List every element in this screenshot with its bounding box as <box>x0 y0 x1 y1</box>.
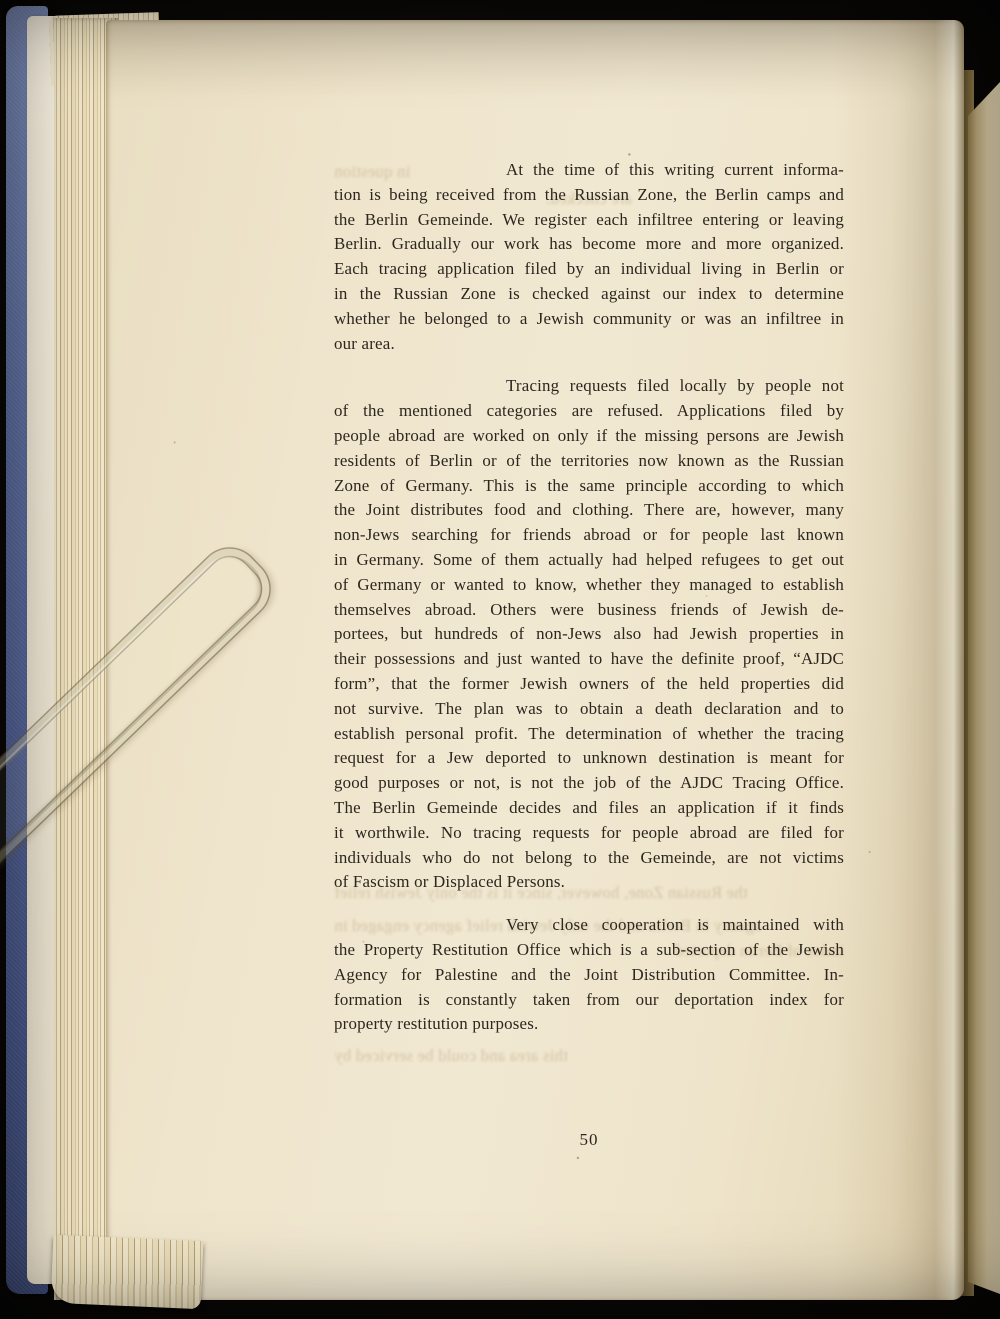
text-line: tion is being received from the Russian … <box>334 183 844 208</box>
text-line: Agency for Palestine and the Joint Distr… <box>334 963 844 988</box>
text-line: not survive. The plan was to obtain a de… <box>334 697 844 722</box>
text-line: At the time of this writing current info… <box>334 158 844 183</box>
paragraph: Tracing requests filed locally by people… <box>334 374 844 895</box>
text-line: request for a Jew deported to unknown de… <box>334 746 844 771</box>
ghost-text-line: this area and could be serviced by <box>334 1046 844 1066</box>
book-photo: in questionare checked.the Russian Zone,… <box>0 0 1000 1319</box>
facing-page-edge <box>968 82 1000 1294</box>
text-line: of the mentioned categories are refused.… <box>334 399 844 424</box>
text-line: non-Jews searching for friends abroad or… <box>334 523 844 548</box>
text-line: establish personal profit. The determina… <box>334 722 844 747</box>
text-line: Very close cooperation is maintained wit… <box>334 913 844 938</box>
text-line: formation is constantly taken from our d… <box>334 988 844 1013</box>
text-line: whether he belonged to a Jewish communit… <box>334 307 844 332</box>
text-line: Each tracing application filed by an ind… <box>334 257 844 282</box>
paragraph: Very close cooperation is maintained wit… <box>334 913 844 1037</box>
text-line: of Germany or wanted to know, whether th… <box>334 573 844 598</box>
text-line: the Property Restitution Office which is… <box>334 938 844 963</box>
text-line: The Berlin Gemeinde decides and files an… <box>334 796 844 821</box>
book-page: in questionare checked.the Russian Zone,… <box>106 20 964 1300</box>
text-line: of Fascism or Displaced Persons. <box>334 870 844 895</box>
page-shading-top <box>106 20 964 100</box>
text-line: form”, that the former Jewish owners of … <box>334 672 844 697</box>
paragraph: At the time of this writing current info… <box>334 158 844 356</box>
text-line: the Joint distributes food and clothing.… <box>334 498 844 523</box>
text-line: residents of Berlin or of the territorie… <box>334 449 844 474</box>
text-line: portees, but hundreds of non-Jews also h… <box>334 622 844 647</box>
text-line: Berlin. Gradually our work has become mo… <box>334 232 844 257</box>
text-line: people abroad are worked on only if the … <box>334 424 844 449</box>
text-line: themselves abroad. Others were business … <box>334 598 844 623</box>
text-line: the Berlin Gemeinde. We register each in… <box>334 208 844 233</box>
text-line: it worthwile. No tracing requests for pe… <box>334 821 844 846</box>
text-line: property restitution purposes. <box>334 1012 844 1037</box>
page-shading-right <box>834 20 964 1300</box>
text-line: Zone of Germany. This is the same princi… <box>334 474 844 499</box>
text-line: individuals who do not belong to the Gem… <box>334 846 844 871</box>
page-number: 50 <box>334 1130 844 1150</box>
text-column: At the time of this writing current info… <box>334 158 844 1037</box>
page-stack-corner-bottom <box>51 1235 204 1309</box>
text-line: in Germany. Some of them actually had he… <box>334 548 844 573</box>
text-line: in the Russian Zone is checked against o… <box>334 282 844 307</box>
text-line: Tracing requests filed locally by people… <box>334 374 844 399</box>
text-line: good purposes or not, is not the job of … <box>334 771 844 796</box>
text-line: their possessions and just wanted to hav… <box>334 647 844 672</box>
text-line: our area. <box>334 332 844 357</box>
